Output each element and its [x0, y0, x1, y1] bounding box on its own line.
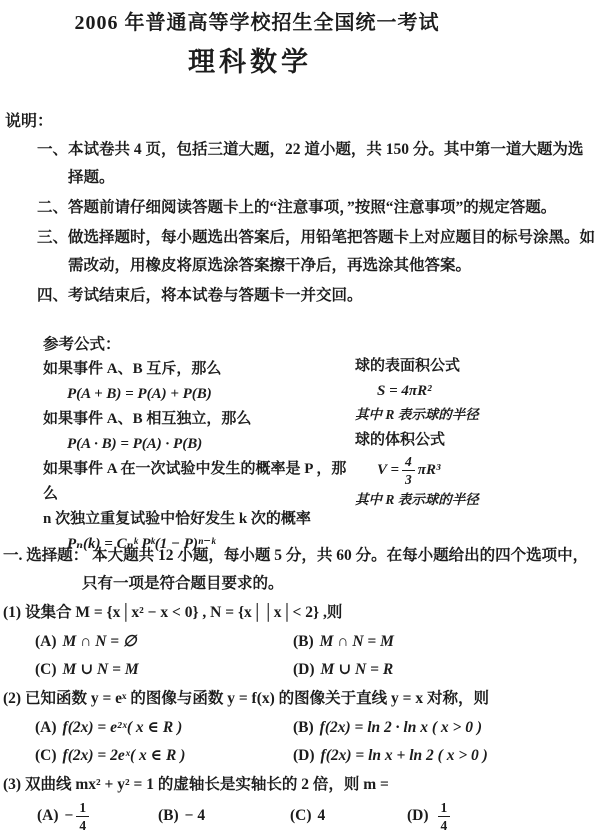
option-label: (B)	[293, 633, 314, 650]
exam-subtitle: 理科数学	[0, 40, 500, 79]
instructions-section: 说明： 一、本试卷共 4 页，包括三道大题，22 道小题，共 150 分。其中第…	[5, 110, 598, 310]
section-one-header: 一. 选择题： 本大题共 12 小题，每小题 5 分，共 60 分。在每小题给出…	[3, 542, 598, 597]
product-probability-formula: P(A · B) = P(A) · P(B)	[43, 432, 351, 457]
fraction-denominator: 4	[76, 817, 89, 833]
option-text: 4	[318, 807, 326, 824]
instruction-text: 答题前请仔细阅读答题卡上的“注意事项，”按照“注意事项”的规定答题。	[68, 199, 556, 216]
section-number: 一.	[3, 547, 22, 564]
option-d: (D)14	[407, 800, 453, 833]
option-a: (A)f(2x) = e²ˣ( x ∈ R )	[35, 714, 293, 742]
instruction-number: 二、	[37, 199, 68, 216]
option-text: f(2x) = ln x + ln 2 ( x > 0 )	[321, 747, 488, 764]
question-options: (A)−14 (B)− 4 (C)4 (D)14	[37, 800, 600, 832]
question-stem: (2) 已知函数 y = eˣ 的图像与函数 y = f(x) 的图像关于直线 …	[3, 684, 600, 713]
reference-formulas-heading: 参考公式：	[43, 332, 351, 357]
sphere-surface-heading: 球的表面积公式	[355, 354, 479, 379]
question-number: (2)	[3, 690, 21, 707]
option-d: (D)M ∪ N = R	[293, 656, 600, 684]
option-label: (C)	[290, 807, 312, 824]
instruction-text: 本试卷共 4 页，包括三道大题，22 道小题，共 150 分。其中第一道大题为选…	[68, 141, 583, 186]
exam-title: 2006 年普通高等学校招生全国统一考试	[0, 6, 514, 35]
instruction-item: 三、做选择题时，每小题选出答案后，用铅笔把答题卡上对应题目的标号涂黑。如需改动，…	[37, 224, 598, 280]
formulas-right-column: 球的表面积公式 S = 4πR² 其中 R 表示球的半径 球的体积公式 V = …	[355, 354, 479, 557]
question-1: (1) 设集合 M = {x│x² − x < 0} , N = {x││x│<…	[3, 598, 600, 684]
option-label: (A)	[35, 719, 57, 736]
sphere-surface-formula: S = 4πR²	[355, 379, 479, 404]
section-label: 选择题：	[26, 547, 88, 564]
option-text: f(2x) = e²ˣ( x ∈ R )	[63, 719, 183, 736]
questions-area: (1) 设集合 M = {x│x² − x < 0} , N = {x││x│<…	[3, 598, 600, 832]
reference-formulas-section: 参考公式： 如果事件 A、B 互斥，那么 P(A + B) = P(A) + P…	[43, 332, 594, 557]
option-c: (C)f(2x) = 2eˣ( x ∈ R )	[35, 742, 293, 770]
instruction-item: 二、答题前请仔细阅读答题卡上的“注意事项，”按照“注意事项”的规定答题。	[37, 194, 598, 222]
sphere-volume-formula: V = 4 3 πR³	[355, 452, 479, 488]
formulas-left-column: 参考公式： 如果事件 A、B 互斥，那么 P(A + B) = P(A) + P…	[43, 332, 351, 557]
instruction-text: 做选择题时，每小题选出答案后，用铅笔把答题卡上对应题目的标号涂黑。如需改动，用橡…	[68, 229, 595, 274]
single-trial-probability-note: 如果事件 A 在一次试验中发生的概率是 P ，那么	[43, 457, 351, 507]
option-label: (A)	[35, 633, 57, 650]
question-stem: (1) 设集合 M = {x│x² − x < 0} , N = {x││x│<…	[3, 598, 600, 627]
option-label: (C)	[35, 661, 57, 678]
instruction-item: 四、考试结束后，将本试卷与答题卡一并交回。	[37, 282, 598, 310]
question-stem: (3) 双曲线 mx² + y² = 1 的虚轴长是实轴长的 2 倍，则 m =	[3, 770, 600, 799]
minus-sign: −	[65, 807, 74, 824]
question-number: (3)	[3, 776, 21, 793]
option-c: (C)4	[290, 807, 407, 825]
option-b: (B)M ∩ N = M	[293, 628, 600, 656]
volume-fraction: 4 3	[402, 454, 415, 487]
option-a: (A)−14	[37, 800, 158, 833]
option-fraction: 14	[76, 800, 89, 833]
sum-probability-formula: P(A + B) = P(A) + P(B)	[43, 382, 351, 407]
option-text: M ∪ N = M	[63, 661, 139, 678]
fraction-denominator: 4	[438, 817, 451, 833]
instruction-number: 一、	[37, 141, 68, 158]
option-label: (B)	[158, 807, 179, 824]
instruction-item: 一、本试卷共 4 页，包括三道大题，22 道小题，共 150 分。其中第一道大题…	[37, 136, 598, 192]
option-text: f(2x) = ln 2 · ln x ( x > 0 )	[320, 719, 482, 736]
option-fraction: 14	[438, 800, 451, 833]
section-intro: 本大题共 12 小题，每小题 5 分，共 60 分。在每小题给出的四个选项中，只…	[82, 547, 588, 592]
instructions-heading: 说明：	[5, 110, 598, 134]
question-options: (A)f(2x) = e²ˣ( x ∈ R ) (B)f(2x) = ln 2 …	[35, 714, 600, 770]
fraction-numerator: 1	[76, 800, 89, 818]
option-a: (A)M ∩ N = ∅	[35, 628, 293, 656]
fraction-denominator: 3	[402, 471, 415, 487]
option-label: (B)	[293, 719, 314, 736]
option-text: M ∩ N = ∅	[63, 633, 137, 650]
instruction-number: 四、	[37, 287, 68, 304]
option-d: (D)f(2x) = ln x + ln 2 ( x > 0 )	[293, 742, 600, 770]
option-text: M ∩ N = M	[320, 633, 394, 650]
option-label: (A)	[37, 807, 59, 824]
option-label: (D)	[293, 747, 315, 764]
question-2: (2) 已知函数 y = eˣ 的图像与函数 y = f(x) 的图像关于直线 …	[3, 684, 600, 770]
option-text: M ∪ N = R	[321, 661, 394, 678]
independent-events-note: 如果事件 A、B 相互独立，那么	[43, 407, 351, 432]
option-b: (B)f(2x) = ln 2 · ln x ( x > 0 )	[293, 714, 600, 742]
option-label: (D)	[407, 807, 429, 824]
fraction-numerator: 4	[402, 454, 415, 472]
option-c: (C)M ∪ N = M	[35, 656, 293, 684]
sphere-radius-note: 其中 R 表示球的半径	[355, 403, 479, 428]
volume-formula-rhs: πR³	[418, 462, 441, 479]
exam-page: 2006 年普通高等学校招生全国统一考试 理科数学 说明： 一、本试卷共 4 页…	[0, 0, 600, 833]
option-label: (C)	[35, 747, 57, 764]
sphere-radius-note: 其中 R 表示球的半径	[355, 488, 479, 513]
question-3: (3) 双曲线 mx² + y² = 1 的虚轴长是实轴长的 2 倍，则 m =…	[3, 770, 600, 832]
mutually-exclusive-note: 如果事件 A、B 互斥，那么	[43, 357, 351, 382]
option-text: f(2x) = 2eˣ( x ∈ R )	[63, 747, 186, 764]
sphere-volume-heading: 球的体积公式	[355, 428, 479, 453]
option-label: (D)	[293, 661, 315, 678]
question-options: (A)M ∩ N = ∅ (B)M ∩ N = M (C)M ∪ N = M (…	[35, 628, 600, 684]
option-text: − 4	[185, 807, 205, 824]
option-b: (B)− 4	[158, 807, 290, 825]
question-number: (1)	[3, 604, 21, 621]
instruction-text: 考试结束后，将本试卷与答题卡一并交回。	[68, 287, 363, 304]
instruction-number: 三、	[37, 229, 68, 246]
fraction-numerator: 1	[438, 800, 451, 818]
volume-formula-lhs: V =	[377, 462, 399, 479]
repeated-trials-note: n 次独立重复试验中恰好发生 k 次的概率	[43, 507, 351, 532]
